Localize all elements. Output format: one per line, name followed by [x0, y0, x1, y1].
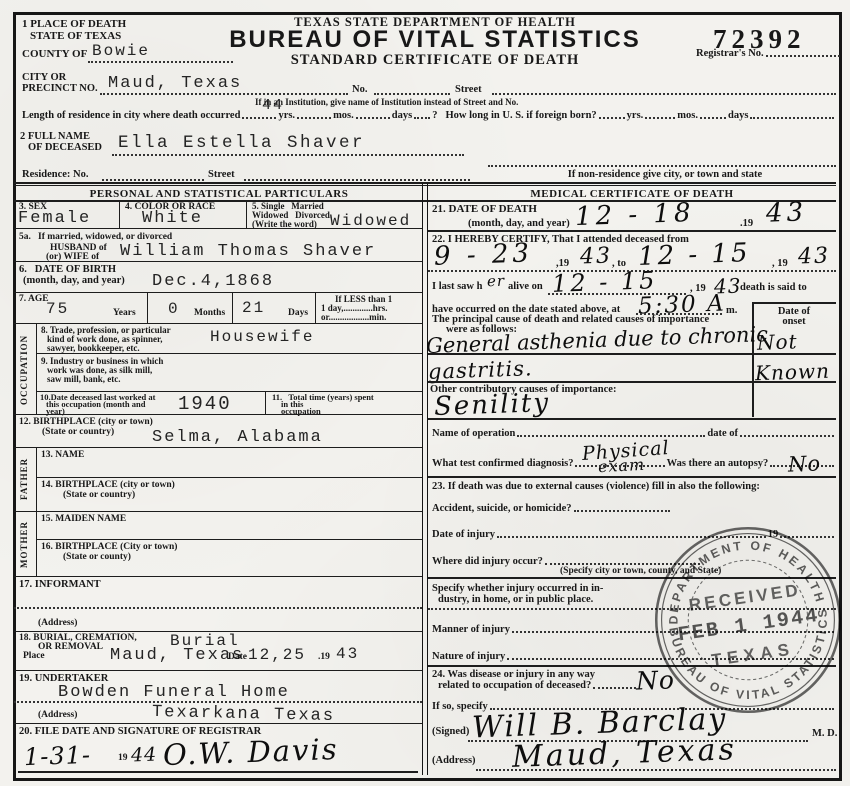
operation-date-label: date of: [707, 428, 738, 439]
informant-label: 17. INFORMANT: [19, 579, 101, 591]
burial-place-value: Maud, Texas: [110, 646, 244, 665]
age-months-value: 0: [168, 300, 180, 318]
dod-year-label: .19: [740, 218, 753, 230]
undertaker-blank-line: [14, 701, 422, 703]
registrar-no-blank: [766, 55, 840, 57]
manner-label: Manner of injury: [432, 624, 510, 635]
stamp-state-text: TEXAS: [710, 639, 795, 669]
dob-value: Dec.4,1868: [152, 272, 274, 291]
md-label: M. D.: [812, 728, 837, 740]
dod-year-value: 43: [765, 197, 807, 228]
burial-year-value: 43: [336, 645, 359, 663]
row-rule: [428, 230, 836, 232]
signature-rule: [18, 771, 418, 773]
full-name-label-1: 2 FULL NAME: [20, 131, 90, 143]
full-name-value: Ella Estella Shaver: [118, 133, 365, 153]
death-said-label: death is said to: [740, 282, 807, 294]
father-name-label: 13. NAME: [41, 450, 84, 461]
injury-date-label: Date of injury: [432, 529, 495, 540]
from-year-value: 43: [580, 243, 613, 269]
foreign-yrs-label: yrs.: [627, 110, 644, 121]
occupation-related-blank: [593, 687, 636, 689]
row-rule: [36, 539, 422, 540]
birthplace-label-2: (State or country): [42, 427, 114, 438]
accident-label: Accident, suicide, or homicide?: [432, 503, 572, 514]
street-blank-line: [492, 93, 836, 95]
file-date-value: 1-31-: [24, 741, 92, 771]
birthplace-value: Selma, Alabama: [152, 428, 323, 447]
m-label: m.: [726, 305, 737, 317]
institution-note: If in an Institution, give name of Insti…: [255, 97, 518, 107]
total-time-label-3: occupation: [281, 407, 321, 417]
autopsy-label: Was there an autopsy?: [667, 458, 769, 469]
foreign-mos-label: mos.: [677, 110, 698, 121]
age-label: 7. AGE: [19, 294, 49, 305]
county-blank-line: [88, 61, 233, 63]
dob-label-1: 6. DATE OF BIRTH: [19, 264, 116, 276]
row-rule: [14, 576, 422, 577]
death-certificate-scan: 1 PLACE OF DEATH STATE OF TEXAS COUNTY O…: [0, 0, 850, 786]
length-of-residence-row: Length of residence in city where death …: [22, 110, 836, 121]
burial-label-2: OR REMOVAL: [38, 642, 103, 653]
row-rule: [428, 476, 836, 478]
row-rule: [14, 261, 422, 262]
length-q-blank: [414, 117, 430, 119]
last-saw-label: I last saw h: [432, 281, 482, 293]
certificate-title: STANDARD CERTIFICATE OF DEATH: [240, 52, 630, 68]
address-label: (Address): [432, 755, 476, 767]
trade-label-3: sawyer, bookkeeper, etc.: [47, 343, 140, 353]
last-worked-label-3: year): [46, 407, 65, 417]
last-saw-hw-mark: er: [487, 272, 506, 291]
operation-blank: [517, 435, 705, 437]
row-rule: [36, 477, 422, 478]
occupation-related-row: related to occupation of deceased?: [438, 680, 638, 691]
burial-label-3: Place: [23, 651, 45, 662]
address-blank: [476, 769, 836, 771]
row-rule: [14, 723, 422, 724]
to-year-value: 43: [798, 243, 831, 269]
trade-value: Housewife: [210, 328, 314, 346]
spouse-value: William Thomas Shaver: [120, 242, 376, 261]
father-side-label: FATHER: [19, 452, 29, 506]
cause-rule-2: [428, 381, 836, 383]
race-marital-divider: [246, 200, 247, 228]
injury-place-label-1: Specify whether injury occurred in in-: [432, 583, 603, 595]
no-blank-line: [374, 93, 450, 95]
foreign-born-label: How long in U. S. if foreign born?: [445, 110, 596, 121]
occupation-strip-divider: [36, 323, 37, 414]
mother-side-label: MOTHER: [19, 516, 29, 572]
full-name-label-2: OF DECEASED: [28, 142, 102, 154]
city-label-1: CITY OR: [22, 72, 66, 84]
age-divider-2: [232, 292, 233, 323]
race-value: White: [142, 209, 203, 228]
bureau-title: BUREAU OF VITAL STATISTICS: [220, 27, 650, 54]
test-label: What test confirmed diagnosis?: [432, 458, 573, 469]
foreign-yrs-blank: [599, 117, 625, 119]
foreign-end-blank: [750, 117, 834, 119]
row-rule: [14, 292, 422, 293]
contributory-rule: [428, 418, 836, 420]
signed-label: (Signed): [432, 726, 469, 738]
age-years-value: 75: [46, 300, 69, 318]
days-label: Days: [288, 308, 308, 319]
months-label: Months: [194, 308, 225, 319]
mother-birthplace-label-2: (State or county): [63, 552, 131, 563]
length-days-label: days: [392, 110, 412, 121]
length-yrs-blank: [242, 117, 276, 119]
residence-street-label: Street: [208, 169, 235, 181]
row-rule: [14, 323, 422, 324]
cause-rule-1: [428, 353, 836, 355]
burial-date-value: 12,25: [248, 646, 306, 664]
onset-value-1: Not: [757, 329, 798, 354]
row-rule: [14, 447, 422, 448]
to-year-label: , 19: [772, 258, 788, 270]
injury-where-label: Where did injury occur?: [432, 556, 543, 567]
city-value: Maud, Texas: [108, 74, 242, 93]
industry-label-3: saw mill, bank, etc.: [47, 374, 121, 384]
test-autopsy-row: What test confirmed diagnosis? Was there…: [432, 458, 836, 469]
row-rule: [14, 228, 422, 229]
burial-date-label: Date: [228, 652, 247, 663]
undertaker-value: Bowden Funeral Home: [58, 683, 290, 702]
foreign-mos-blank: [645, 117, 675, 119]
row-rule: [36, 353, 422, 354]
occupation-related-label-1: 24. Was disease or injury in any way: [432, 669, 595, 681]
non-residence-blank: [488, 165, 836, 167]
less-than-label-3: or..................min.: [321, 312, 386, 322]
onset-box-top-rule: [752, 302, 836, 304]
occupation-side-label: OCCUPATION: [19, 330, 29, 410]
undertaker-address-label: (Address): [38, 710, 77, 721]
file-year-value: 44: [131, 744, 158, 767]
accident-row: Accident, suicide, or homicide?: [432, 503, 672, 514]
row-rule: [14, 670, 422, 671]
date-of-death-value: 12 - 18: [575, 198, 695, 232]
contributory-value: Senility: [434, 388, 551, 422]
full-name-blank-line: [112, 154, 464, 156]
received-stamp: DEPARTMENT OF HEALTH BUREAU OF VITAL STA…: [640, 512, 850, 729]
length-yrs-label: yrs.: [278, 110, 295, 121]
street-label: Street: [455, 84, 482, 96]
age-divider-1: [147, 292, 148, 323]
external-causes-label: 23. If death was due to external causes …: [432, 481, 760, 493]
residence-street-blank: [244, 179, 470, 181]
length-question-mark: ?: [432, 110, 437, 121]
date-of-death-label: 21. DATE OF DEATH: [432, 203, 537, 215]
dob-label-2: (month, day, and year): [23, 275, 125, 287]
operation-date-blank: [740, 435, 834, 437]
occupation-related-label-2: related to occupation of deceased?: [438, 680, 591, 691]
registrar-no-label: Registrar's No.: [696, 48, 764, 59]
row-rule: [14, 511, 422, 512]
residence-no-blank: [102, 179, 204, 181]
from-year-label: ,19: [556, 258, 569, 270]
state-label: STATE OF TEXAS: [30, 30, 121, 42]
nature-label: Nature of injury: [432, 651, 505, 662]
foreign-days-label: days: [728, 110, 748, 121]
attended-from-value: 9 - 23: [434, 238, 534, 271]
last-worked-divider: [265, 391, 266, 414]
operation-label: Name of operation: [432, 428, 515, 439]
city-blank-line: [100, 93, 348, 95]
age-divider-3: [315, 292, 316, 323]
county-label: COUNTY OF: [22, 48, 87, 60]
length-mos-blank: [297, 117, 331, 119]
sex-value: Female: [18, 209, 91, 228]
cause-of-death-line-2: gastritis.: [428, 356, 533, 384]
no-label: No.: [352, 84, 367, 96]
injury-place-label-2: dustry, in home, or in public place.: [438, 594, 593, 606]
maiden-name-label: 15. MAIDEN NAME: [41, 514, 126, 525]
registrar-no-row: Registrar's No.: [696, 48, 842, 59]
foreign-days-blank: [700, 117, 726, 119]
date-of-death-sub-label: (month, day, and year): [468, 218, 570, 230]
accident-blank: [574, 510, 670, 512]
non-residence-note: If non-residence give city, or town and …: [510, 169, 820, 181]
registrar-signature: O.W. Davis: [162, 732, 339, 772]
burial-year-label: .19: [318, 652, 330, 663]
city-label-2: PRECINCT NO.: [22, 83, 98, 95]
left-section-header: PERSONAL AND STATISTICAL PARTICULARS: [14, 188, 424, 200]
informant-address-label: (Address): [38, 618, 77, 629]
file-year-prefix: 19: [118, 753, 128, 764]
years-label: Years: [113, 308, 136, 319]
county-value: Bowie: [92, 42, 150, 60]
test-blank: [575, 465, 664, 467]
length-days-blank: [356, 117, 390, 119]
autopsy-value: No: [788, 451, 822, 476]
father-birthplace-label-2: (State or country): [63, 490, 135, 501]
age-days-value: 21: [242, 299, 265, 317]
residence-label: Residence: No.: [22, 169, 89, 181]
place-of-death-label: 1 PLACE OF DEATH: [22, 18, 126, 30]
sex-race-divider: [119, 200, 120, 228]
alive-on-label: alive on: [508, 281, 543, 293]
length-label: Length of residence in city where death …: [22, 110, 240, 121]
operation-row: Name of operation date of: [432, 428, 836, 439]
length-mos-label: mos.: [333, 110, 354, 121]
last-worked-value: 1940: [178, 393, 232, 415]
row-rule: [14, 414, 422, 415]
informant-blank-line: [14, 607, 422, 609]
